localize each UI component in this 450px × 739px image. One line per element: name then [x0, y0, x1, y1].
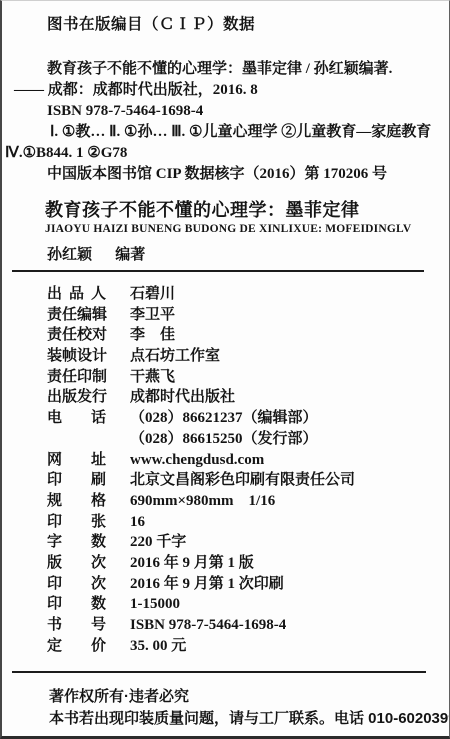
colophon-label: 字数 — [47, 532, 106, 553]
colophon-row-publisher: 出版发行成都时代出版社 — [2, 387, 449, 408]
colophon-label: 出版发行 — [47, 387, 106, 408]
cip-line-publisher: —— 成都：成都时代出版社，2016. 8 — [2, 80, 449, 101]
colophon-value: 220 千字 — [130, 534, 186, 550]
author-name: 孙红颖 — [47, 246, 92, 263]
colophon-label: 责任印制 — [47, 367, 106, 388]
colophon-row-impression: 印次2016 年 9 月第 1 次印刷 — [2, 574, 449, 595]
colophon-label: 印刷 — [47, 470, 106, 491]
colophon-row-price: 定价35. 00 元 — [2, 636, 449, 657]
colophon-value: 李 佳 — [130, 327, 175, 343]
colophon-row-print-supervisor: 责任印制干燕飞 — [2, 367, 449, 388]
colophon-row-producer: 出品人石碧川 — [2, 284, 449, 305]
colophon-value: 16 — [130, 514, 145, 530]
colophon-row-proofreader: 责任校对李 佳 — [2, 325, 449, 346]
colophon-row-website: 网址www.chengdusd.com — [2, 450, 449, 471]
colophon-value: 干燕飞 — [130, 369, 175, 385]
colophon-label: 出品人 — [47, 284, 106, 305]
colophon-value: 北京文昌阁彩色印刷有限责任公司 — [130, 472, 355, 488]
colophon-label: 电话 — [47, 408, 106, 429]
colophon-label: 装帧设计 — [47, 346, 106, 367]
cip-block: 教育孩子不能不懂的心理学：墨菲定律 / 孙红颖编著. —— 成都：成都时代出版社… — [2, 59, 449, 185]
cip-line-classification: Ⅰ. ①教… Ⅱ. ①孙… Ⅲ. ①儿童心理学 ②儿童教育—家庭教育 — [2, 122, 449, 143]
divider-line-bottom — [12, 671, 426, 673]
cip-line-record-number: 中国版本图书馆 CIP 数据核字（2016）第 170206 号 — [2, 164, 449, 185]
colophon-label: 定价 — [47, 636, 106, 657]
colophon-value: 成都时代出版社 — [130, 389, 235, 405]
cip-line-class-codes: Ⅳ.①B844. 1 ②G78 — [2, 143, 449, 164]
colophon-value: （028）86621237（编辑部） — [130, 410, 318, 426]
colophon-label: 版次 — [47, 553, 106, 574]
colophon-row-format: 规格690mm×980mm 1/16 — [2, 491, 449, 512]
colophon-label: 责任编辑 — [47, 305, 106, 326]
book-title-pinyin: JIAOYU HAIZI BUNENG BUDONG DE XINLIXUE: … — [45, 222, 449, 236]
colophon-value: 石碧川 — [130, 286, 175, 302]
book-title: 教育孩子不能不懂的心理学：墨菲定律 — [45, 198, 449, 222]
footer-notices: 著作权所有·违者必究 本书若出现印装质量问题，请与工厂联系。电话 010-602… — [49, 686, 424, 730]
colophon-row-print-run: 印数1-15000 — [2, 594, 449, 615]
colophon-row-designer: 装帧设计点石坊工作室 — [2, 346, 449, 367]
cip-line-title: 教育孩子不能不懂的心理学：墨菲定律 / 孙红颖编著. — [2, 59, 449, 80]
copyright-notice: 著作权所有·违者必究 — [49, 686, 424, 708]
colophon-label: 责任校对 — [47, 325, 106, 346]
colophon-label: 印张 — [47, 512, 106, 533]
colophon-value: 点石坊工作室 — [130, 348, 220, 364]
colophon-label: 网址 — [47, 450, 106, 471]
colophon-value: 李卫平 — [130, 307, 175, 323]
colophon-row-word-count: 字数220 千字 — [2, 532, 449, 553]
colophon-row-isbn: 书号ISBN 978-7-5464-1698-4 — [2, 615, 449, 636]
cip-line-isbn: ISBN 978-7-5464-1698-4 — [2, 101, 449, 122]
divider-line-top — [12, 270, 424, 272]
colophon-row-editor: 责任编辑李卫平 — [2, 305, 449, 326]
author-role: 编著 — [115, 246, 145, 263]
colophon-row-sheets: 印张16 — [2, 512, 449, 533]
colophon-row-phone-editorial: 电话（028）86621237（编辑部） — [2, 408, 449, 429]
colophon-row-edition: 版次2016 年 9 月第 1 版 — [2, 553, 449, 574]
colophon-value: 1-15000 — [130, 596, 180, 612]
colophon-value: www.chengdusd.com — [130, 452, 264, 468]
colophon-value: ISBN 978-7-5464-1698-4 — [130, 617, 286, 633]
colophon-row-phone-distribution: （028）86615250（发行部） — [2, 429, 449, 450]
colophon-value: 2016 年 9 月第 1 次印刷 — [130, 576, 284, 592]
colophon-table: 出品人石碧川 责任编辑李卫平 责任校对李 佳 装帧设计点石坊工作室 责任印制干燕… — [2, 284, 449, 656]
colophon-value: 35. 00 元 — [130, 638, 186, 654]
quality-notice: 本书若出现印装质量问题，请与工厂联系。电话 010-60203998 — [49, 708, 424, 730]
colophon-page: 图书在版编目（ＣＩＰ）数据 教育孩子不能不懂的心理学：墨菲定律 / 孙红颖编著.… — [0, 0, 450, 739]
cip-header: 图书在版编目（ＣＩＰ）数据 — [47, 15, 449, 35]
colophon-value: 690mm×980mm 1/16 — [130, 493, 275, 509]
colophon-value: 2016 年 9 月第 1 版 — [130, 555, 254, 571]
author-line: 孙红颖 编著 — [47, 245, 449, 264]
colophon-label: 规格 — [47, 491, 106, 512]
colophon-label: 印数 — [47, 594, 106, 615]
colophon-row-printer: 印刷北京文昌阁彩色印刷有限责任公司 — [2, 470, 449, 491]
colophon-label: 印次 — [47, 574, 106, 595]
colophon-value: （028）86615250（发行部） — [130, 431, 318, 447]
colophon-label: 书号 — [47, 615, 106, 636]
